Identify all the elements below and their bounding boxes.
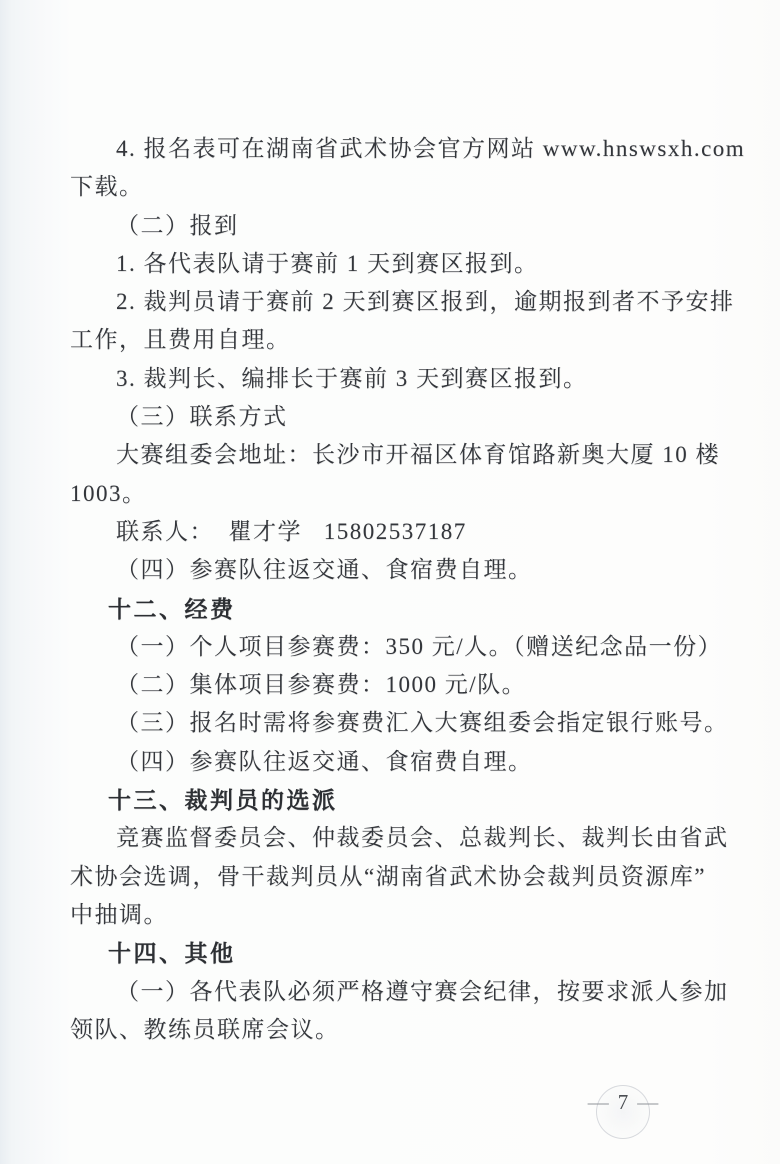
document-line: （二）集体项目参赛费：1000 元/队。 <box>70 666 722 704</box>
document-line: 3. 裁判长、编排长于赛前 3 天到赛区报到。 <box>70 360 722 398</box>
document-line: （三）联系方式 <box>70 398 722 436</box>
document-line: （三）报名时需将参赛费汇入大赛组委会指定银行账号。 <box>70 704 722 742</box>
document-line: （四）参赛队往返交通、食宿费自理。 <box>70 743 722 781</box>
document-line: 竞赛监督委员会、仲裁委员会、总裁判长、裁判长由省武 <box>70 819 722 857</box>
document-line: 1. 各代表队请于赛前 1 天到赛区报到。 <box>70 245 722 283</box>
document-line: 大赛组委会地址：长沙市开福区体育馆路新奥大厦 10 楼 <box>70 436 722 474</box>
section-heading: 十四、其他 <box>70 934 722 972</box>
document-line: 领队、教练员联席会议。 <box>70 1011 722 1049</box>
document-body: 4. 报名表可在湖南省武术协会官方网站 www.hnswsxh.com下载。（二… <box>70 130 722 1049</box>
document-line: 2. 裁判员请于赛前 2 天到赛区报到，逾期报到者不予安排 <box>70 283 722 321</box>
page-number-dash-left: — <box>588 1090 609 1114</box>
document-line: 4. 报名表可在湖南省武术协会官方网站 www.hnswsxh.com <box>70 130 722 168</box>
section-heading: 十三、裁判员的选派 <box>70 781 722 819</box>
document-line: 下载。 <box>70 168 722 206</box>
document-line: 工作，且费用自理。 <box>70 321 722 359</box>
document-line: 中抽调。 <box>70 896 722 934</box>
document-line: （一）个人项目参赛费：350 元/人。（赠送纪念品一份） <box>70 628 722 666</box>
page-number: —7— <box>563 1089 683 1115</box>
document-line: （二）报到 <box>70 207 722 245</box>
document-line: （四）参赛队往返交通、食宿费自理。 <box>70 551 722 589</box>
document-line: （一）各代表队必须严格遵守赛会纪律，按要求派人参加 <box>70 973 722 1011</box>
section-heading: 十二、经费 <box>70 590 722 628</box>
document-line: 联系人： 瞿才学 15802537187 <box>70 513 722 551</box>
document-line: 1003。 <box>70 475 722 513</box>
page-number-dash-right: — <box>637 1090 658 1114</box>
scanned-page: 4. 报名表可在湖南省武术协会官方网站 www.hnswsxh.com下载。（二… <box>0 0 780 1164</box>
document-line: 术协会选调，骨干裁判员从“湖南省武术协会裁判员资源库” <box>70 858 722 896</box>
page-number-value: 7 <box>618 1090 629 1114</box>
